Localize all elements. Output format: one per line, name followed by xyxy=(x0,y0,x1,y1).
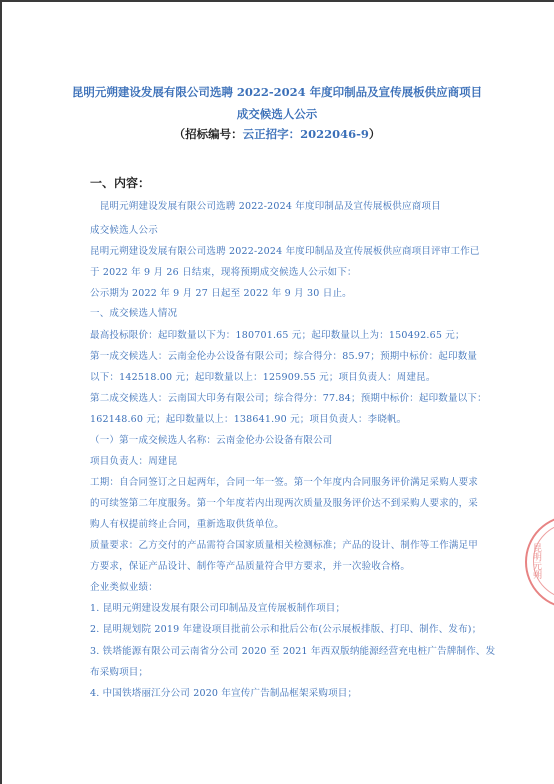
section-heading: 一、内容： xyxy=(90,174,150,191)
body-line: 昆明元朔建设发展有限公司选聘 2022-2024 年度印制品及宣传展板供应商项目… xyxy=(90,243,480,257)
body-line: 一、成交候选人情况 xyxy=(90,305,177,319)
body-line: 昆明元朔建设发展有限公司选聘 2022-2024 年度印制品及宣传展板供应商项目 xyxy=(90,198,441,212)
document-page: 昆明元朔建设发展有限公司选聘 2022-2024 年度印制品及宣传展板供应商项目… xyxy=(0,0,554,784)
body-line: 3. 铁塔能源有限公司云南省分公司 2020 至 2021 年西双版纳能源经营充… xyxy=(90,643,495,657)
body-line: 最高投标限价：起印数量以下为：180701.65 元；起印数量以上为：15049… xyxy=(90,327,465,341)
body-line: 第一成交候选人：云南金伦办公设备有限公司；综合得分：85.97；预期中标价：起印… xyxy=(90,348,477,362)
body-line: 方要求，保证产品设计、制作等产品质量符合甲方要求，并一次验收合格。 xyxy=(90,558,410,572)
body-line: （一）第一成交候选人名称：云南金伦办公设备有限公司 xyxy=(90,432,333,446)
tender-number-prefix: （招标编号： xyxy=(174,127,243,141)
body-line: 第二成交候选人：云南国大印务有限公司；综合得分：77.84；预期中标价：起印数量… xyxy=(90,390,487,404)
body-line: 项目负责人：周建昆 xyxy=(90,453,177,467)
document-title: 昆明元朔建设发展有限公司选聘 2022-2024 年度印制品及宣传展板供应商项目 xyxy=(0,84,554,100)
body-line: 公示期为 2022 年 9 月 27 日起至 2022 年 9 月 30 日止。 xyxy=(90,285,352,299)
body-line: 布采购项目； xyxy=(90,664,148,678)
body-line: 质量要求：乙方交付的产品需符合国家质量相关检测标准；产品的设计、制作等工作满足甲 xyxy=(90,537,478,551)
body-line: 购人有权提前终止合同，重新选取供货单位。 xyxy=(90,516,284,530)
body-line: 于 2022 年 9 月 26 日结束，现将预期成交候选人公示如下： xyxy=(90,264,357,278)
tender-number-suffix: ） xyxy=(369,127,381,141)
company-seal: 昆明元朔 xyxy=(525,515,554,609)
tender-number: （招标编号：云正招字：2022046-9） xyxy=(0,126,554,142)
body-line: 的可续签第二年度服务。第一个年度若内出现两次质量及服务评价达不到采购人要求的，采 xyxy=(90,495,478,509)
body-line: 以下：142518.00 元；起印数量以上：125909.55 元；项目负责人：… xyxy=(90,369,436,383)
document-subtitle: 成交候选人公示 xyxy=(0,106,554,122)
body-line: 成交候选人公示 xyxy=(90,222,158,236)
body-line: 企业类似业绩： xyxy=(90,579,158,593)
body-line: 4. 中国铁塔丽江分公司 2020 年宣传广告制品框架采购项目； xyxy=(90,685,357,699)
body-line: 工期：自合同签订之日起两年，合同一年一签。第一个年度内合同服务评价满足采购人要求 xyxy=(90,474,478,488)
seal-text: 昆明元朔 xyxy=(531,543,541,579)
body-line: 162148.60 元；起印数量以上：138641.90 元；项目负责人：李晓帆… xyxy=(90,411,407,425)
body-line: 1. 昆明元朔建设发展有限公司印制品及宣传展板制作项目； xyxy=(90,600,345,614)
tender-number-code: 云正招字：2022046-9 xyxy=(243,127,369,141)
body-line: 2. 昆明规划院 2019 年建设项目批前公示和批后公布(公示展板排版、打印、制… xyxy=(90,621,481,635)
